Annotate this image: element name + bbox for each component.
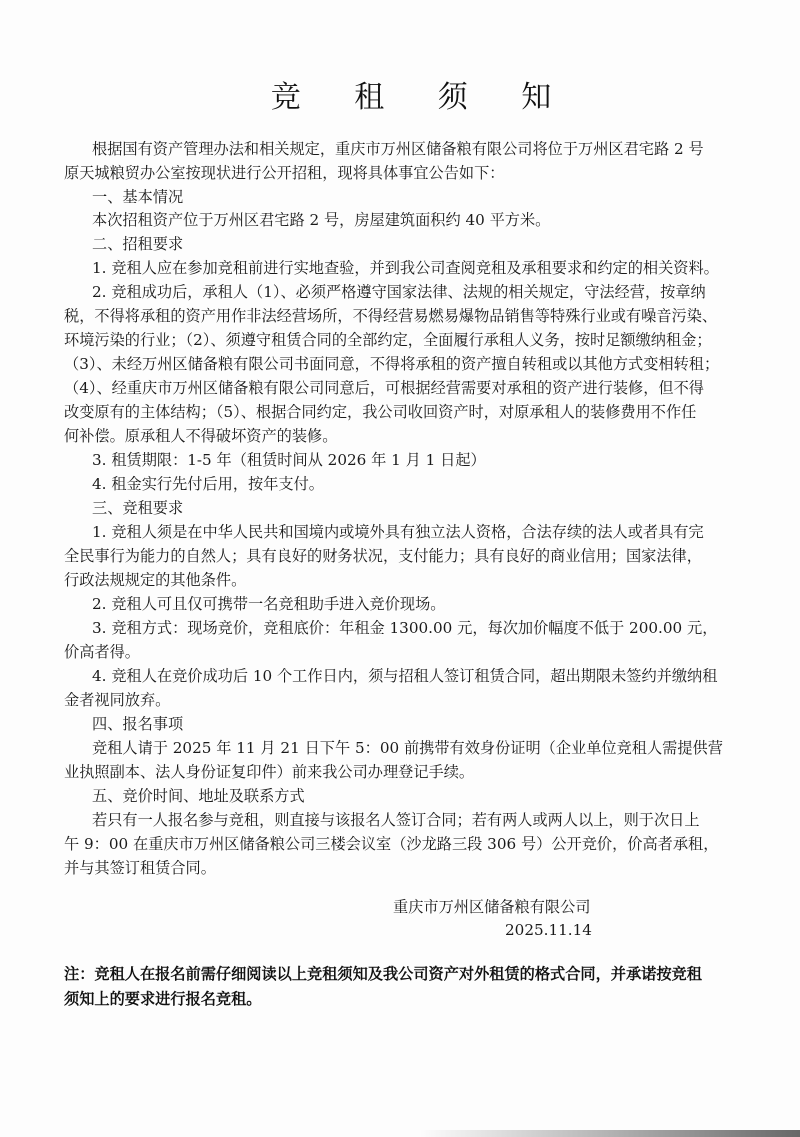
section-heading-bidding-requirements: 三、竞租要求 xyxy=(92,498,764,518)
section-1-line-1: 本次招租资产位于万州区君宅路 2 号，房屋建筑面积约 40 平方米。 xyxy=(92,210,764,230)
section-2-line-5: （3）、未经万州区储备粮有限公司书面同意，不得将承租的资产擅自转租或以其他方式变… xyxy=(64,354,764,374)
section-2-line-7: 改变原有的主体结构；（5）、根据合同约定，我公司收回资产时，对原承租人的装修费用… xyxy=(64,402,764,422)
section-heading-registration: 四、报名事项 xyxy=(92,714,764,734)
note-line-2: 须知上的要求进行报名竞租。 xyxy=(64,989,754,1009)
intro-line-2: 原天城粮贸办公室按现状进行公开招租，现将具体事宜公告如下： xyxy=(64,163,764,183)
section-5-line-1: 若只有一人报名参与竞租，则直接与该报名人签订合同；若有两人或两人以上，则于次日上 xyxy=(92,810,764,830)
scan-edge-shadow xyxy=(420,1130,800,1137)
section-2-line-1: 1. 竞租人应在参加竞租前进行实地查验，并到我公司查阅竞租及承租要求和约定的相关… xyxy=(92,258,764,278)
section-3-line-5: 3. 竞租方式：现场竞价，竞租底价：年租金 1300.00 元，每次加价幅度不低… xyxy=(92,618,764,638)
section-2-line-9: 3. 租赁期限：1-5 年（租赁时间从 2026 年 1 月 1 日起） xyxy=(92,450,764,470)
section-3-line-7: 4. 竞租人在竞价成功后 10 个工作日内，须与招租人签订租赁合同，超出期限未签… xyxy=(92,666,764,686)
signature-company: 重庆市万州区储备粮有限公司 xyxy=(393,897,590,917)
note-line-1: 注：竞租人在报名前需仔细阅读以上竞租须知及我公司资产对外租赁的格式合同，并承诺按… xyxy=(64,964,754,984)
section-3-line-6: 价高者得。 xyxy=(64,642,764,662)
section-heading-bidding-time-location: 五、竞价时间、地址及联系方式 xyxy=(92,786,764,806)
section-5-line-2: 午 9：00 在重庆市万州区储备粮公司三楼会议室（沙龙路三段 306 号）公开竞… xyxy=(64,834,764,854)
section-2-line-10: 4. 租金实行先付后用，按年支付。 xyxy=(92,474,764,494)
signature-date: 2025.11.14 xyxy=(505,920,592,940)
section-heading-basic-info: 一、基本情况 xyxy=(92,187,764,207)
section-2-line-6: （4）、经重庆市万州区储备粮有限公司同意后，可根据经营需要对承租的资产进行装修，… xyxy=(64,378,764,398)
section-4-line-2: 业执照副本、法人身份证复印件）前来我公司办理登记手续。 xyxy=(64,762,764,782)
section-3-line-4: 2. 竞租人可且仅可携带一名竞租助手进入竞价现场。 xyxy=(92,594,764,614)
section-3-line-1: 1. 竞租人须是在中华人民共和国境内或境外具有独立法人资格，合法存续的法人或者具… xyxy=(92,522,764,542)
section-3-line-8: 金者视同放弃。 xyxy=(64,690,764,710)
section-heading-lease-requirements: 二、招租要求 xyxy=(92,234,764,254)
section-2-line-3: 税，不得将承租的资产用作非法经营场所，不得经营易燃易爆物品销售等特殊行业或有噪音… xyxy=(64,306,764,326)
document-page: 竞 租 须 知 根据国有资产管理办法和相关规定，重庆市万州区储备粮有限公司将位于… xyxy=(0,0,800,1137)
intro-line-1: 根据国有资产管理办法和相关规定，重庆市万州区储备粮有限公司将位于万州区君宅路 2… xyxy=(92,139,764,159)
section-2-line-8: 何补偿。原承租人不得破坏资产的装修。 xyxy=(64,426,764,446)
section-2-line-4: 环境污染的行业；（2）、须遵守租赁合同的全部约定，全面履行承租人义务，按时足额缴… xyxy=(64,330,764,350)
section-4-line-1: 竞租人请于 2025 年 11 月 21 日下午 5：00 前携带有效身份证明（… xyxy=(92,738,764,758)
section-3-line-3: 行政法规规定的其他条件。 xyxy=(64,570,764,590)
section-5-line-3: 并与其签订租赁合同。 xyxy=(64,858,764,878)
section-2-line-2: 2. 竞租成功后，承租人（1）、必须严格遵守国家法律、法规的相关规定，守法经营，… xyxy=(92,282,764,302)
section-3-line-2: 全民事行为能力的自然人；具有良好的财务状况，支付能力；具有良好的商业信用；国家法… xyxy=(64,546,764,566)
document-title: 竞 租 须 知 xyxy=(0,72,800,116)
